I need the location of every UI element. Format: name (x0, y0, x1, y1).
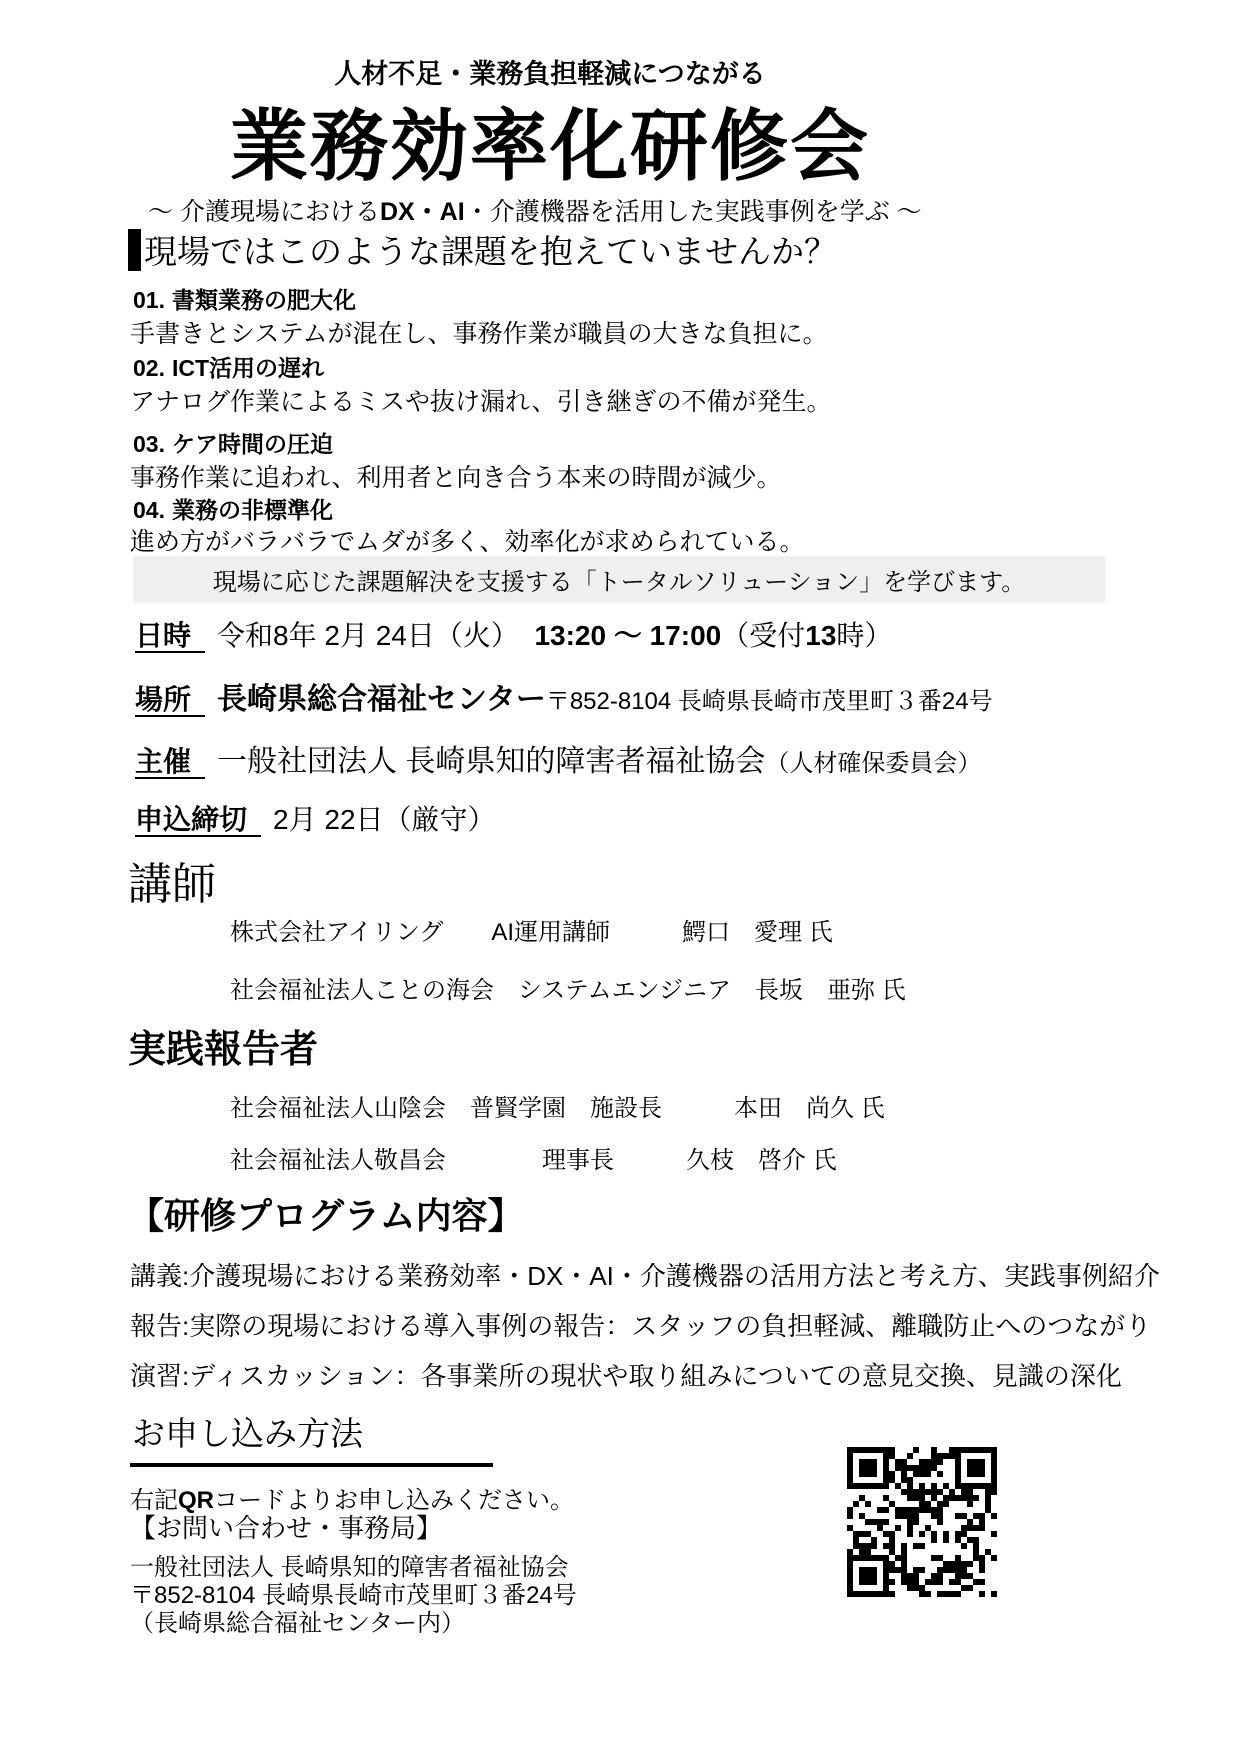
challenge-4-number: 04. (133, 497, 165, 523)
challenge-1-desc: 手書きとシステムが混在し、事務作業が職員の大きな負担に。 (130, 314, 828, 350)
lecturer-row-1: 株式会社アイリング AI運用講師 鰐口 愛理 氏 (230, 912, 833, 947)
lecturer-row-2: 社会福祉法人ことの海会 システムエンジニア 長坂 亜弥 氏 (230, 970, 906, 1005)
deadline-label: 申込締切 (135, 804, 261, 837)
solution-banner: 現場に応じた課題解決を支援する「トータルソリューション」を学びます。 (133, 556, 1105, 603)
detail-deadline: 申込締切2月 22日（厳守） (135, 798, 496, 838)
challenge-2-desc: アナログ作業によるミスや抜け漏れ、引き継ぎの不備が発生。 (130, 382, 832, 418)
heading-bar (128, 229, 141, 271)
detail-place: 場所長崎県総合福祉センター〒852-8104 長崎県長崎市茂里町３番24号 (135, 674, 993, 718)
datetime-date: 令和8年 2月 24日（火） (217, 620, 534, 651)
organizer-label: 主催 (135, 746, 205, 779)
contact-line-2: 〒852-8104 長崎県長崎市茂里町３番24号 (130, 1582, 577, 1610)
page-title: 業務効率化研修会 (0, 84, 1100, 196)
program-heading: 【研修プログラム内容】 (128, 1188, 524, 1239)
challenge-4-title-text: 業務の非標準化 (172, 497, 333, 523)
contact-line-1: 一般社団法人 長崎県知的障害者福祉協会 (130, 1554, 577, 1582)
challenge-4-desc: 進め方がバラバラでムダが多く、効率化が求められている。 (130, 522, 805, 558)
apply-heading: お申し込み方法 (130, 1408, 493, 1467)
challenge-2-title: 02.ICT活用の遅れ (133, 350, 324, 383)
place-label: 場所 (135, 684, 205, 717)
datetime-time: 13:20 ～ 17:00 (534, 620, 721, 651)
lecturers-heading: 講師 (128, 848, 216, 912)
tagline: ～ 介護現場におけるDX・AI・介護機器を活用した実践事例を学ぶ ～ (148, 192, 922, 228)
detail-organizer: 主催一般社団法人 長崎県知的障害者福祉協会（人材確保委員会） (135, 736, 981, 780)
place-venue: 長崎県総合福祉センター (217, 683, 546, 716)
reporters-heading: 実践報告者 (128, 1018, 318, 1073)
program-row-2: 報告:実際の現場における導入事例の報告：スタッフの負担軽減、離職防止へのつながり (130, 1306, 1151, 1343)
program-row-1: 講義:介護現場における業務効率・DX・AI・介護機器の活用方法と考え方、実践事例… (130, 1256, 1160, 1293)
challenges-heading: 現場ではこのような課題を抱えていませんか？ (128, 226, 837, 273)
datetime-note-post: 時） (836, 620, 892, 651)
qr-code-image (847, 1447, 997, 1597)
challenge-3-title: 03.ケア時間の圧迫 (133, 426, 333, 459)
challenge-1-number: 01. (133, 287, 165, 313)
challenge-3-number: 03. (133, 431, 165, 457)
challenge-1-title: 01.書類業務の肥大化 (133, 282, 356, 315)
reporter-row-1: 社会福祉法人山陰会 普賢学園 施設長 本田 尚久 氏 (230, 1088, 885, 1123)
datetime-label: 日時 (135, 620, 205, 653)
challenge-3-title-text: ケア時間の圧迫 (172, 431, 333, 457)
program-row-3: 演習:ディスカッション：各事業所の現状や取り組みについての意見交換、見識の深化 (130, 1356, 1122, 1393)
challenge-1-title-text: 書類業務の肥大化 (172, 287, 356, 313)
reporter-row-2: 社会福祉法人敬昌会 理事長 久枝 啓介 氏 (230, 1140, 837, 1175)
tagline-bold: DX・AI (380, 198, 465, 226)
organizer-name: 一般社団法人 長崎県知的障害者福祉協会 (217, 745, 765, 778)
deadline-value: 2月 22日（厳守） (273, 804, 496, 835)
challenge-3-desc: 事務作業に追われ、利用者と向き合う本来の時間が減少。 (130, 458, 782, 494)
datetime-note-pre: （受付 (721, 620, 805, 651)
challenge-2-number: 02. (133, 355, 165, 381)
contact-heading: 【お問い合わせ・事務局】 (130, 1508, 442, 1545)
contact-line-3: （長崎県総合福祉センター内） (130, 1610, 577, 1638)
tagline-pre: ～ 介護現場における (148, 198, 380, 226)
detail-datetime: 日時令和8年 2月 24日（火） 13:20 ～ 17:00（受付13時） (135, 614, 892, 654)
place-address: 〒852-8104 長崎県長崎市茂里町３番24号 (546, 688, 993, 715)
datetime-note-num: 13 (805, 620, 836, 651)
qr-code (847, 1447, 997, 1597)
flyer-page: 人材不足・業務負担軽減につながる 業務効率化研修会 ～ 介護現場におけるDX・A… (0, 0, 1242, 1755)
challenge-2-title-text: ICT活用の遅れ (172, 355, 324, 381)
challenges-heading-text: 現場ではこのような課題を抱えていませんか？ (144, 226, 837, 273)
tagline-post: ・介護機器を活用した実践事例を学ぶ ～ (465, 198, 922, 226)
organizer-note: （人材確保委員会） (765, 750, 981, 777)
contact-block: 一般社団法人 長崎県知的障害者福祉協会 〒852-8104 長崎県長崎市茂里町３… (130, 1554, 577, 1638)
challenge-4-title: 04.業務の非標準化 (133, 492, 333, 525)
